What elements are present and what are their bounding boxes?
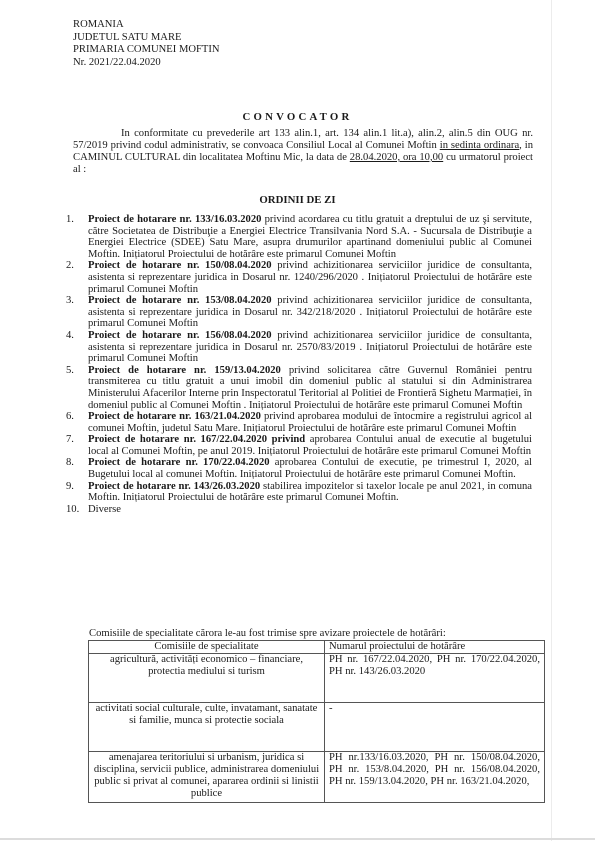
agenda-item-project-ref: Proiect de hotarare nr. 163/21.04.2020 (88, 411, 261, 422)
table-row: activitati social culturale, culte, inva… (89, 703, 545, 752)
agenda-item-project-ref: Proiect de hotarare nr. 159/13.04.2020 (88, 365, 281, 376)
header-project-number: Numarul proiectului de hotărâre (325, 641, 545, 654)
table-row: agricultură, activități economico – fina… (89, 654, 545, 703)
intro-session-type: in sedinta ordinara (440, 140, 519, 151)
agenda-item-project-ref: Proiect de hotarare nr. 143/26.03.2020 (88, 481, 260, 492)
agenda-item: 10.Diverse (66, 504, 532, 516)
agenda-item-number: 6. (66, 411, 74, 423)
committee-projects: PH nr. 167/22.04.2020, PH nr. 170/22.04.… (325, 654, 545, 703)
table-row: amenajarea teritoriului si urbanism, jur… (89, 752, 545, 803)
agenda-item-project-ref: Proiect de hotarare nr. 167/22.04.2020 p… (88, 434, 305, 445)
agenda-item-number: 2. (66, 260, 74, 272)
agenda-item-number: 7. (66, 434, 74, 446)
header-reg-number: Nr. 2021/22.04.2020 (73, 57, 220, 70)
committees-caption: Comisiile de specialitate cărora le-au f… (89, 628, 446, 639)
committee-projects: PH nr.133/16.03.2020, PH nr. 150/08.04.2… (325, 752, 545, 803)
committee-projects: - (325, 703, 545, 752)
header-county: JUDETUL SATU MARE (73, 32, 220, 45)
agenda-item: 6.Proiect de hotarare nr. 163/21.04.2020… (66, 411, 532, 434)
agenda-item-project-ref: Proiect de hotarare nr. 150/08.04.2020 (88, 260, 272, 271)
agenda-item: 1.Proiect de hotarare nr. 133/16.03.2020… (66, 214, 532, 260)
committees-table: Comisiile de specialitate Numarul proiec… (88, 640, 545, 803)
committee-name: activitati social culturale, culte, inva… (89, 703, 325, 752)
scan-edge-vertical (551, 0, 552, 841)
agenda-item-number: 5. (66, 365, 74, 377)
agenda-item-project-ref: Proiect de hotarare nr. 170/22.04.2020 (88, 457, 270, 468)
committee-name: amenajarea teritoriului si urbanism, jur… (89, 752, 325, 803)
agenda-item-number: 3. (66, 295, 74, 307)
agenda-title: ORDINII DE ZI (0, 194, 595, 206)
header-institution: PRIMARIA COMUNEI MOFTIN (73, 44, 220, 57)
agenda-item: 7.Proiect de hotarare nr. 167/22.04.2020… (66, 434, 532, 457)
scan-edge-horizontal (0, 838, 595, 840)
intro-paragraph: In conformitate cu prevederile art 133 a… (73, 128, 533, 176)
agenda-item-project-ref: Proiect de hotarare nr. 156/08.04.2020 (88, 330, 272, 341)
agenda-item: 2.Proiect de hotarare nr. 150/08.04.2020… (66, 260, 532, 295)
agenda-item-project-ref: Proiect de hotarare nr. 153/08.04.2020 (88, 295, 272, 306)
agenda-item-number: 1. (66, 214, 74, 226)
committee-name: agricultură, activități economico – fina… (89, 654, 325, 703)
header-committee: Comisiile de specialitate (89, 641, 325, 654)
agenda-item-number: 8. (66, 457, 74, 469)
agenda-item: 5.Proiect de hotarare nr. 159/13.04.2020… (66, 365, 532, 411)
agenda-item: 4.Proiect de hotarare nr. 156/08.04.2020… (66, 330, 532, 365)
agenda-item-number: 4. (66, 330, 74, 342)
agenda-item: 9.Proiect de hotarare nr. 143/26.03.2020… (66, 481, 532, 504)
document-header: ROMANIA JUDETUL SATU MARE PRIMARIA COMUN… (73, 19, 220, 69)
document-title: CONVOCATOR (0, 111, 595, 123)
intro-datetime: 28.04.2020, ora 10,00 (350, 152, 443, 163)
table-header-row: Comisiile de specialitate Numarul proiec… (89, 641, 545, 654)
agenda-item: 3.Proiect de hotarare nr. 153/08.04.2020… (66, 295, 532, 330)
agenda-item-project-ref: Proiect de hotarare nr. 133/16.03.2020 (88, 214, 261, 225)
agenda-item-number: 9. (66, 481, 74, 493)
agenda-item: 8.Proiect de hotarare nr. 170/22.04.2020… (66, 457, 532, 480)
header-country: ROMANIA (73, 19, 220, 32)
agenda-list: 1.Proiect de hotarare nr. 133/16.03.2020… (66, 214, 532, 515)
agenda-item-number: 10. (66, 504, 79, 516)
agenda-item-text: Diverse (88, 504, 121, 515)
